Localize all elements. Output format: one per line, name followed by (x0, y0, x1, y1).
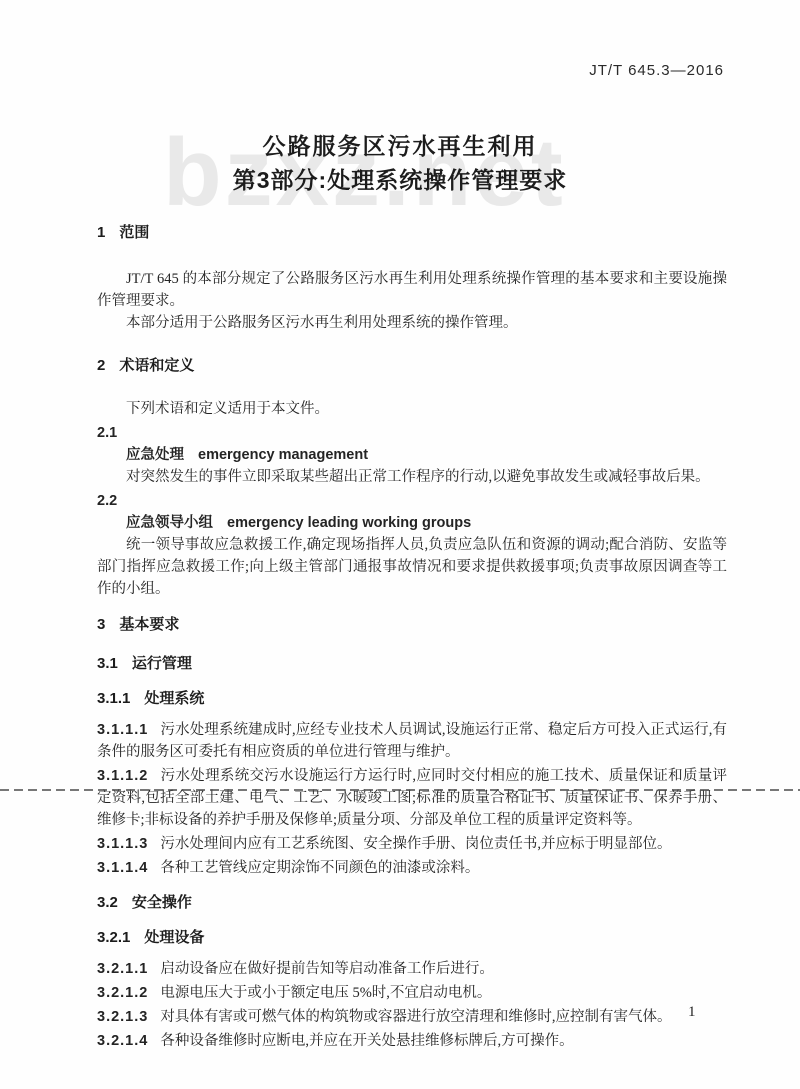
subsection-heading-safe-operation: 3.2安全操作 (97, 892, 727, 914)
clause-number: 3.2.1.4 (97, 1033, 148, 1049)
clause-number: 3.2.1.2 (97, 985, 148, 1001)
term-zh: 应急领导小组 (126, 515, 213, 531)
term-definition: 对突然发生的事件立即采取某些超出正常工作程序的行动,以避免事故发生或减轻事故后果… (97, 466, 727, 488)
subsection-heading-treatment-equipment: 3.2.1处理设备 (97, 927, 727, 949)
section-heading-terms: 2术语和定义 (97, 355, 727, 377)
section-title: 安全操作 (132, 894, 192, 911)
clause-text: 污水处理系统建成时,应经专业技术人员调试,设施运行正常、稳定后方可投入正式运行,… (97, 722, 727, 760)
clause: 3.2.1.1启动设备应在做好提前告知等启动准备工作后进行。 (97, 958, 727, 980)
paragraph: 下列术语和定义适用于本文件。 (97, 398, 727, 420)
term-definition: 统一领导事故应急救援工作,确定现场指挥人员,负责应急队伍和资源的调动;配合消防、… (97, 534, 727, 600)
section-title: 运行管理 (132, 655, 192, 672)
term-entry: 应急处理emergency management (97, 444, 727, 466)
clause-number: 3.1.1.1 (97, 722, 148, 738)
section-title: 基本要求 (119, 616, 179, 633)
clause-number: 3.2.1.1 (97, 961, 148, 977)
clause: 3.1.1.3污水处理间内应有工艺系统图、安全操作手册、岗位责任书,并应标于明显… (97, 833, 727, 855)
scan-fold-dashed-line (0, 789, 800, 791)
section-title: 范围 (119, 224, 149, 241)
clause: 3.2.1.4各种设备维修时应断电,并应在开关处悬挂维修标牌后,方可操作。 (97, 1030, 727, 1052)
paragraph: 本部分适用于公路服务区污水再生利用处理系统的操作管理。 (97, 312, 727, 334)
section-title: 处理设备 (144, 929, 204, 946)
section-number: 3.1 (97, 653, 118, 675)
section-number: 3.1.1 (97, 688, 130, 710)
term-number: 2.2 (97, 490, 727, 512)
clause-text: 启动设备应在做好提前告知等启动准备工作后进行。 (160, 961, 494, 977)
document-body: 1范围 JT/T 645 的本部分规定了公路服务区污水再生利用处理系统操作管理的… (97, 222, 727, 1052)
clause-number: 3.2.1.3 (97, 1009, 148, 1025)
clause-number: 3.1.1.4 (97, 860, 148, 876)
section-title: 术语和定义 (119, 357, 194, 374)
document-title: 公路服务区污水再生利用 第3部分:处理系统操作管理要求 (0, 130, 800, 198)
paragraph: JT/T 645 的本部分规定了公路服务区污水再生利用处理系统操作管理的基本要求… (97, 268, 727, 312)
clause-text: 电源电压大于或小于额定电压 5%时,不宜启动电机。 (160, 985, 491, 1001)
standard-number: JT/T 645.3—2016 (589, 62, 724, 79)
clause-number: 3.1.1.2 (97, 768, 148, 784)
term-zh: 应急处理 (126, 447, 184, 463)
term-en: emergency leading working groups (227, 515, 471, 531)
clause: 3.1.1.4各种工艺管线应定期涂饰不同颜色的油漆或涂料。 (97, 857, 727, 879)
clause-number: 3.1.1.3 (97, 836, 148, 852)
term-entry: 应急领导小组emergency leading working groups (97, 512, 727, 534)
section-title: 处理系统 (144, 690, 204, 707)
term-en: emergency management (198, 447, 368, 463)
section-heading-basic-req: 3基本要求 (97, 614, 727, 636)
clause: 3.1.1.1污水处理系统建成时,应经专业技术人员调试,设施运行正常、稳定后方可… (97, 719, 727, 763)
section-number: 3.2 (97, 892, 118, 914)
clause-text: 对具体有害或可燃气体的构筑物或容器进行放空清理和维修时,应控制有害气体。 (160, 1009, 671, 1025)
subsection-heading-operation-mgmt: 3.1运行管理 (97, 653, 727, 675)
document-page: JT/T 645.3—2016 bzxz.net 公路服务区污水再生利用 第3部… (0, 0, 800, 1089)
clause-text: 污水处理间内应有工艺系统图、安全操作手册、岗位责任书,并应标于明显部位。 (160, 836, 671, 852)
clause-text: 污水处理系统交污水设施运行方运行时,应同时交付相应的施工技术、质量保证和质量评定… (97, 768, 727, 828)
section-number: 1 (97, 222, 105, 244)
title-line-1: 公路服务区污水再生利用 (0, 130, 800, 163)
clause-text: 各种设备维修时应断电,并应在开关处悬挂维修标牌后,方可操作。 (160, 1033, 573, 1049)
clause: 3.2.1.2电源电压大于或小于额定电压 5%时,不宜启动电机。 (97, 982, 727, 1004)
title-line-2: 第3部分:处理系统操作管理要求 (0, 163, 800, 198)
section-number: 2 (97, 355, 105, 377)
section-number: 3 (97, 614, 105, 636)
subsection-heading-treatment-system: 3.1.1处理系统 (97, 688, 727, 710)
term-number: 2.1 (97, 422, 727, 444)
clause-text: 各种工艺管线应定期涂饰不同颜色的油漆或涂料。 (160, 860, 479, 876)
section-number: 3.2.1 (97, 927, 130, 949)
clause: 3.1.1.2污水处理系统交污水设施运行方运行时,应同时交付相应的施工技术、质量… (97, 765, 727, 831)
section-heading-scope: 1范围 (97, 222, 727, 244)
clause: 3.2.1.3对具体有害或可燃气体的构筑物或容器进行放空清理和维修时,应控制有害… (97, 1006, 727, 1028)
